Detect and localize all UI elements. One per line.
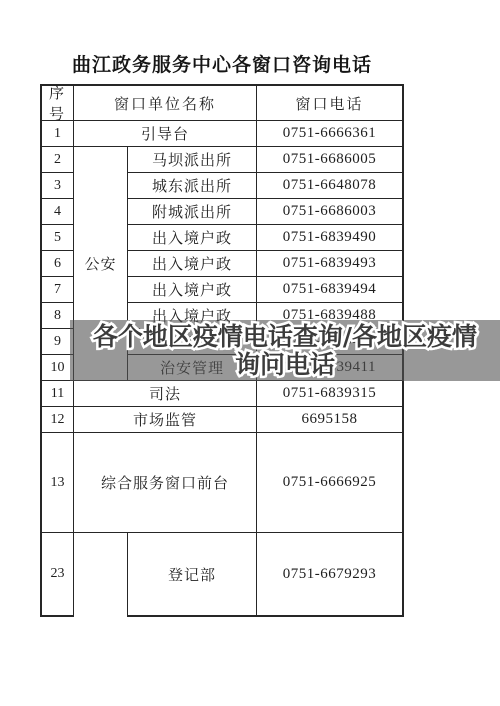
phone-cell: 0751-6666925: [257, 433, 402, 533]
header-index: 序号: [42, 86, 74, 121]
unit-name-cell: 出入境户政: [128, 251, 257, 277]
row-index-cell: 3: [42, 173, 74, 199]
row-index-cell: 6: [42, 251, 74, 277]
row-index-cell: 1: [42, 121, 74, 147]
watermark-text-line2: 询问电话 询问电话: [235, 351, 335, 379]
phone-cell: 0751-6839315: [257, 381, 402, 407]
unit-name-cell: 市场监管: [74, 407, 257, 433]
phone-cell: 0751-6679293: [257, 533, 402, 617]
watermark-overlay: 各个地区疫情电话查询/各地区疫情 各个地区疫情电话查询/各地区疫情 询问电话 询…: [70, 320, 500, 381]
unit-name-cell: 出入境户政: [128, 277, 257, 303]
row-index-cell: 2: [42, 147, 74, 173]
phone-cell: 6695158: [257, 407, 402, 433]
row-index-cell: 7: [42, 277, 74, 303]
phone-cell: 0751-6686003: [257, 199, 402, 225]
row-index-cell: 11: [42, 381, 74, 407]
row-index-cell: 4: [42, 199, 74, 225]
phone-cell: 0751-6686005: [257, 147, 402, 173]
unit-name-cell: 出入境户政: [128, 225, 257, 251]
row-index-cell: 23: [42, 533, 74, 617]
header-unit-name: 窗口单位名称: [74, 86, 257, 121]
unit-name-cell: 引导台: [74, 121, 257, 147]
unit-name-cell: 综合服务窗口前台: [74, 433, 257, 533]
header-phone: 窗口电话: [257, 86, 402, 121]
unit-name-cell: 登记部: [128, 533, 257, 617]
phone-cell: 0751-6839490: [257, 225, 402, 251]
unit-name-cell: 附城派出所: [128, 199, 257, 225]
unit-name-cell: 城东派出所: [128, 173, 257, 199]
group-empty-cell: [74, 533, 128, 617]
phone-cell: 0751-6839493: [257, 251, 402, 277]
row-index-cell: 12: [42, 407, 74, 433]
phone-cell: 0751-6648078: [257, 173, 402, 199]
row-index-cell: 13: [42, 433, 74, 533]
unit-name-cell: 马坝派出所: [128, 147, 257, 173]
phone-cell: 0751-6839494: [257, 277, 402, 303]
row-index-cell: 5: [42, 225, 74, 251]
watermark-text-line1: 各个地区疫情电话查询/各地区疫情 各个地区疫情电话查询/各地区疫情: [93, 323, 477, 351]
page-title: 曲江政务服务中心各窗口咨询电话: [40, 50, 404, 77]
unit-name-cell: 司法: [74, 381, 257, 407]
phone-cell: 0751-6666361: [257, 121, 402, 147]
